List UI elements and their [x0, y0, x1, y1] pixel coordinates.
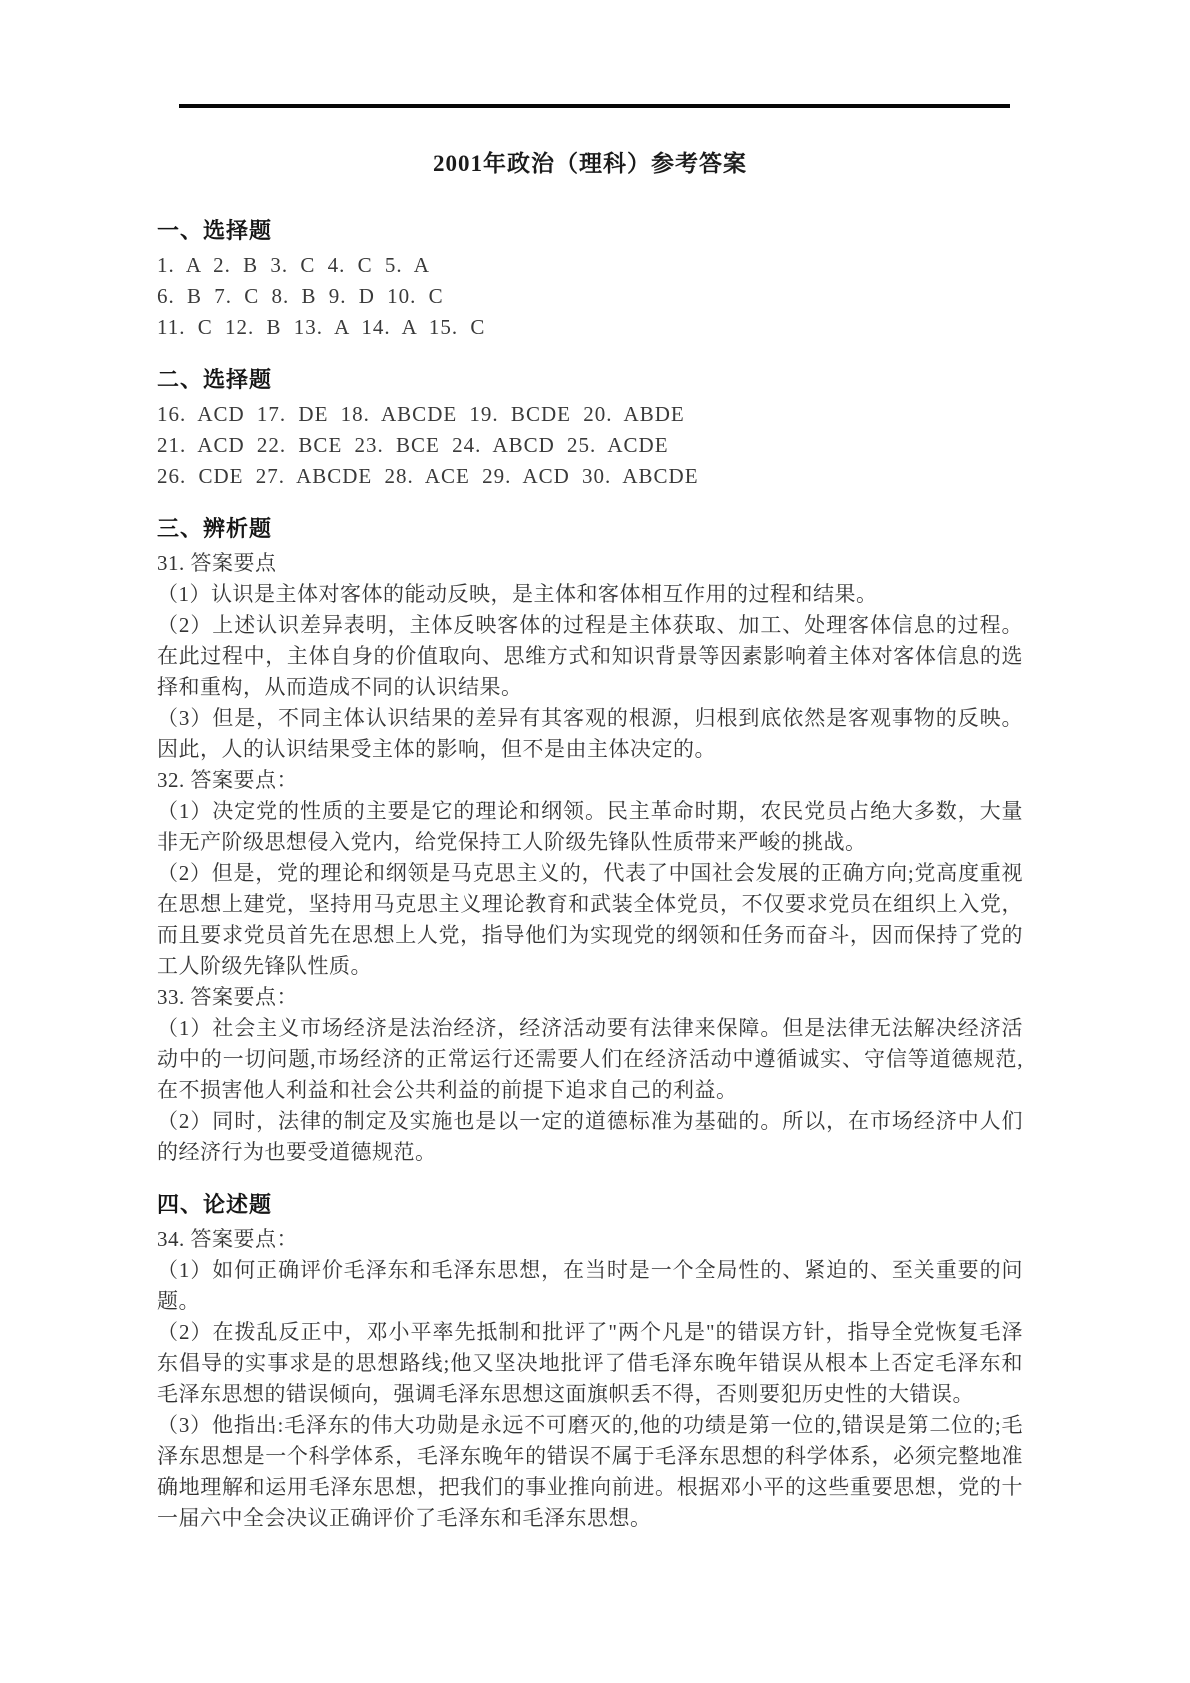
- answer-paragraph: （1）社会主义市场经济是法治经济，经济活动要有法律来保障。但是法律无法解决经济活…: [157, 1013, 1023, 1106]
- section-heading-choice-2: 二、选择题: [157, 367, 1023, 393]
- answer-paragraph: （2）同时，法律的制定及实施也是以一定的道德标准为基础的。所以，在市场经济中人们…: [157, 1106, 1023, 1168]
- answer-point-label: 32. 答案要点：: [157, 765, 1023, 796]
- answer-line: 11. C 12. B 13. A 14. A 15. C: [157, 312, 1023, 343]
- answer-paragraph: （2）但是，党的理论和纲领是马克思主义的，代表了中国社会发展的正确方向;党高度重…: [157, 858, 1023, 982]
- section-choice-1: 一、选择题 1. A 2. B 3. C 4. C 5. A 6. B 7. C…: [157, 218, 1023, 343]
- document-page: 2001年政治（理科）参考答案 一、选择题 1. A 2. B 3. C 4. …: [0, 0, 1190, 1683]
- answer-line: 21. ACD 22. BCE 23. BCE 24. ABCD 25. ACD…: [157, 430, 1023, 461]
- answer-line: 6. B 7. C 8. B 9. D 10. C: [157, 281, 1023, 312]
- answer-paragraph: （1）如何正确评价毛泽东和毛泽东思想，在当时是一个全局性的、紧迫的、至关重要的问…: [157, 1255, 1023, 1317]
- section-essay: 四、论述题 34. 答案要点： （1）如何正确评价毛泽东和毛泽东思想，在当时是一…: [157, 1192, 1023, 1534]
- answer-paragraph: （3）但是，不同主体认识结果的差异有其客观的根源，归根到底依然是客观事物的反映。…: [157, 703, 1023, 765]
- answer-paragraph: （1）认识是主体对客体的能动反映，是主体和客体相互作用的过程和结果。: [157, 579, 1023, 610]
- answer-point-label: 31. 答案要点: [157, 548, 1023, 579]
- header-rule: [179, 104, 1010, 108]
- section-analysis: 三、辨析题 31. 答案要点 （1）认识是主体对客体的能动反映，是主体和客体相互…: [157, 516, 1023, 1168]
- section-heading-analysis: 三、辨析题: [157, 516, 1023, 542]
- answer-line: 1. A 2. B 3. C 4. C 5. A: [157, 250, 1023, 281]
- answer-point-label: 34. 答案要点：: [157, 1224, 1023, 1255]
- document-content: 2001年政治（理科）参考答案 一、选择题 1. A 2. B 3. C 4. …: [157, 150, 1023, 1534]
- section-heading-choice-1: 一、选择题: [157, 218, 1023, 244]
- answer-line: 16. ACD 17. DE 18. ABCDE 19. BCDE 20. AB…: [157, 399, 1023, 430]
- page-title: 2001年政治（理科）参考答案: [157, 150, 1023, 178]
- answer-paragraph: （1）决定党的性质的主要是它的理论和纲领。民主革命时期，农民党员占绝大多数，大量…: [157, 796, 1023, 858]
- answer-paragraph: （2）上述认识差异表明，主体反映客体的过程是主体获取、加工、处理客体信息的过程。…: [157, 610, 1023, 703]
- answer-paragraph: （2）在拨乱反正中，邓小平率先抵制和批评了"两个凡是"的错误方针，指导全党恢复毛…: [157, 1317, 1023, 1410]
- answer-paragraph: （3）他指出:毛泽东的伟大功勋是永远不可磨灭的,他的功绩是第一位的,错误是第二位…: [157, 1410, 1023, 1534]
- answer-line: 26. CDE 27. ABCDE 28. ACE 29. ACD 30. AB…: [157, 461, 1023, 492]
- section-choice-2: 二、选择题 16. ACD 17. DE 18. ABCDE 19. BCDE …: [157, 367, 1023, 492]
- section-heading-essay: 四、论述题: [157, 1192, 1023, 1218]
- answer-point-label: 33. 答案要点：: [157, 982, 1023, 1013]
